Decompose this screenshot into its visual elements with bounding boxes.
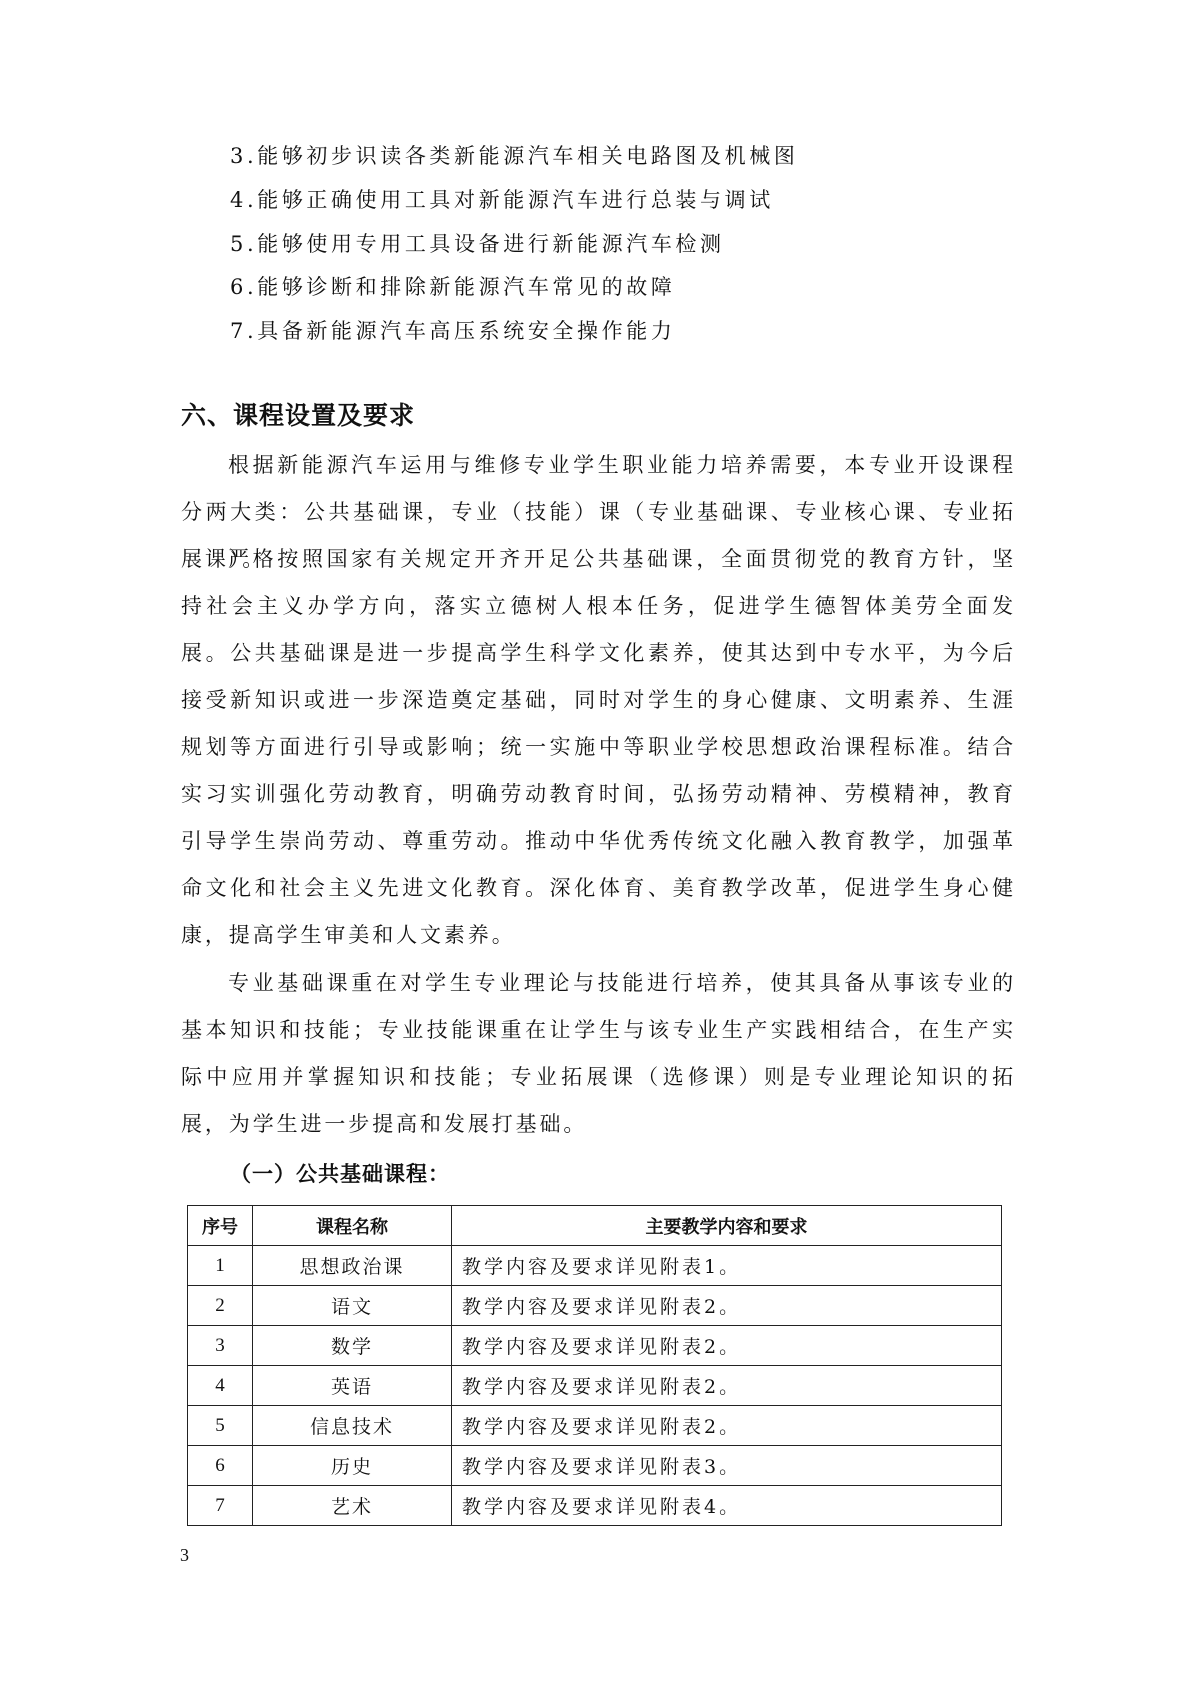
cell-no: 1 xyxy=(188,1246,253,1286)
header-content: 主要教学内容和要求 xyxy=(452,1206,1002,1246)
cell-no: 6 xyxy=(188,1446,253,1486)
cell-content: 教学内容及要求详见附表2。 xyxy=(452,1326,1002,1366)
cell-no: 5 xyxy=(188,1406,253,1446)
list-item-6: 6.能够诊断和排除新能源汽车常见的故障 xyxy=(230,273,675,301)
table-row: 7 艺术 教学内容及要求详见附表4。 xyxy=(188,1486,1002,1526)
table-row: 6 历史 教学内容及要求详见附表3。 xyxy=(188,1446,1002,1486)
cell-content: 教学内容及要求详见附表1。 xyxy=(452,1246,1002,1286)
cell-course-name: 语文 xyxy=(253,1286,452,1326)
list-item-4: 4.能够正确使用工具对新能源汽车进行总装与调试 xyxy=(230,186,774,214)
cell-content: 教学内容及要求详见附表2。 xyxy=(452,1366,1002,1406)
cell-content: 教学内容及要求详见附表4。 xyxy=(452,1486,1002,1526)
table-row: 5 信息技术 教学内容及要求详见附表2。 xyxy=(188,1406,1002,1446)
cell-content: 教学内容及要求详见附表2。 xyxy=(452,1406,1002,1446)
cell-no: 3 xyxy=(188,1326,253,1366)
cell-content: 教学内容及要求详见附表3。 xyxy=(452,1446,1002,1486)
table-row: 1 思想政治课 教学内容及要求详见附表1。 xyxy=(188,1246,1002,1286)
cell-course-name: 思想政治课 xyxy=(253,1246,452,1286)
list-item-5: 5.能够使用专用工具设备进行新能源汽车检测 xyxy=(230,230,725,258)
cell-no: 4 xyxy=(188,1366,253,1406)
table-row: 2 语文 教学内容及要求详见附表2。 xyxy=(188,1286,1002,1326)
cell-no: 7 xyxy=(188,1486,253,1526)
page-number: 3 xyxy=(180,1545,189,1566)
table-row: 4 英语 教学内容及要求详见附表2。 xyxy=(188,1366,1002,1406)
cell-course-name: 历史 xyxy=(253,1446,452,1486)
section-heading: 六、课程设置及要求 xyxy=(181,396,415,432)
list-item-3: 3.能够初步识读各类新能源汽车相关电路图及机械图 xyxy=(230,142,798,170)
cell-course-name: 信息技术 xyxy=(253,1406,452,1446)
subsection-heading: （一）公共基础课程： xyxy=(230,1158,450,1188)
cell-course-name: 数学 xyxy=(253,1326,452,1366)
table-header-row: 序号 课程名称 主要教学内容和要求 xyxy=(188,1206,1002,1246)
public-courses-table: 序号 课程名称 主要教学内容和要求 1 思想政治课 教学内容及要求详见附表1。 … xyxy=(187,1205,1002,1526)
list-item-7: 7.具备新能源汽车高压系统安全操作能力 xyxy=(230,317,675,345)
cell-content: 教学内容及要求详见附表2。 xyxy=(452,1286,1002,1326)
cell-no: 2 xyxy=(188,1286,253,1326)
cell-course-name: 英语 xyxy=(253,1366,452,1406)
table-row: 3 数学 教学内容及要求详见附表2。 xyxy=(188,1326,1002,1366)
header-no: 序号 xyxy=(188,1206,253,1246)
header-course-name: 课程名称 xyxy=(253,1206,452,1246)
cell-course-name: 艺术 xyxy=(253,1486,452,1526)
paragraph-professional-courses: 专业基础课重在对学生专业理论与技能进行培养，使其具备从事该专业的基本知识和技能；… xyxy=(181,960,1016,1148)
paragraph-public-courses: 严格按照国家有关规定开齐开足公共基础课，全面贯彻党的教育方针，坚持社会主义办学方… xyxy=(181,536,1016,959)
